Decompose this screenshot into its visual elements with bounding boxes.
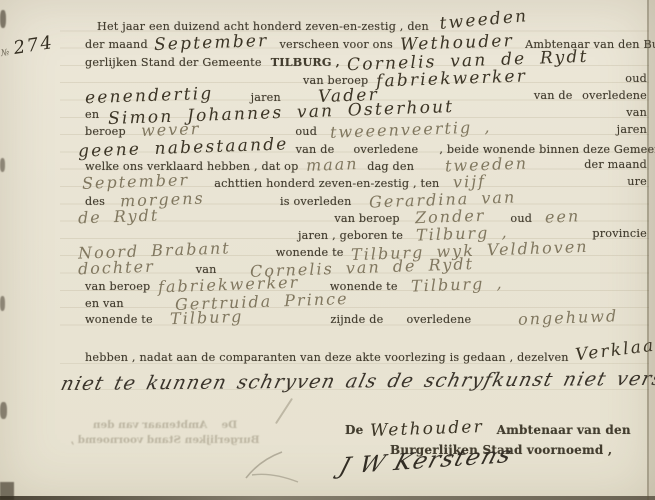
printed-text: gerlijken Stand der Gemeente <box>85 56 262 69</box>
bleedthrough-line-1: De Ambtenaar van den <box>56 418 274 433</box>
printed-text: van beroep <box>334 212 399 225</box>
printed-text: des <box>85 195 105 208</box>
akte-line-20: niet te kunnen schryven als de schryfkun… <box>62 372 647 391</box>
printed-text: oud <box>295 125 317 138</box>
printed-text: van <box>196 263 217 276</box>
entry-marital-status: ongehuwd <box>518 307 619 328</box>
printed-text: verscheen voor ons <box>279 38 392 51</box>
printed-text: wonende te <box>85 313 153 326</box>
page-right-shade <box>649 0 655 500</box>
printed-text: zijnde de <box>330 313 383 326</box>
entry-official-title-closing: Wethouder <box>369 418 484 440</box>
printed-text: ure <box>627 173 647 191</box>
handwritten-declaration: niet te kunnen schryven als de schryfkun… <box>59 369 655 393</box>
death-certificate-page: № 274 Het jaar een duizend acht honderd … <box>0 0 655 500</box>
act-number: № 274 <box>0 32 55 61</box>
printed-text: van de overledene <box>534 87 647 105</box>
akte-line-01: Het jaar een duizend acht honderd zeven-… <box>97 16 647 36</box>
numero-symbol: № <box>0 48 10 59</box>
printed-text: der maand <box>584 156 647 174</box>
page-edge-mark <box>0 10 6 28</box>
page-edge-mark <box>0 296 5 311</box>
printed-text: jaren , geboren te <box>298 229 403 242</box>
act-number-value: 274 <box>12 32 55 59</box>
printed-text: oud <box>625 70 647 88</box>
printed-text: jaren <box>251 91 281 104</box>
page-edge-mark <box>0 158 5 172</box>
akte-line-03: gerlijken Stand der Gemeente TILBURG , C… <box>85 52 647 72</box>
akte-line-23: J W Kerstens <box>342 452 647 472</box>
printed-text: van <box>626 104 647 122</box>
gemeente-name: TILBURG , <box>271 55 340 69</box>
entry-month: September <box>154 32 269 54</box>
akte-line-18: wonende te Tilburg zijnde de overledene … <box>85 309 647 329</box>
page-bottom-edge <box>0 496 655 500</box>
printed-text: hebben , nadat aan de comparanten van de… <box>85 351 569 364</box>
akte-line-19: hebben , nadat aan de comparanten van de… <box>85 347 647 367</box>
pencil-tick-mark <box>275 398 293 424</box>
entry-declared: Verklaard <box>574 334 655 365</box>
printed-text: oud <box>510 212 532 225</box>
entry-date-day: tweeden <box>439 7 529 33</box>
printed-text: overledene <box>353 143 418 156</box>
bleedthrough-text: De Ambtenaar van den Burgerlijken Stand … <box>56 418 274 448</box>
entry-deceased-age: een <box>545 207 581 226</box>
printed-text: provincie <box>592 225 647 243</box>
official-signature: J W Kerstens <box>337 446 514 476</box>
printed-text: overledene <box>407 313 472 326</box>
bleedthrough-line-2: Burgerlijken Stand voornoemd , <box>56 433 274 448</box>
pencil-k-mark <box>240 448 304 486</box>
page-edge-mark <box>0 402 7 419</box>
printed-text: van beroep <box>85 280 150 293</box>
printed-text: der maand <box>85 38 148 51</box>
entry-mother-residence: Tilburg <box>170 308 244 329</box>
entry-death-weekday: maan <box>305 155 358 175</box>
printed-text: jaren <box>617 121 647 139</box>
printed-text: beroep <box>85 125 126 138</box>
printed-text: Ambtenaar van den <box>497 423 631 437</box>
printed-text: is overleden <box>280 195 352 208</box>
printed-text: De <box>345 423 363 437</box>
printed-text: en <box>85 108 99 121</box>
akte-line-21: De Wethouder Ambtenaar van den <box>345 420 647 439</box>
printed-text: wonende te <box>276 246 344 259</box>
printed-text: dag den <box>367 160 414 173</box>
printed-text: achttien honderd zeven-en-zestig , ten <box>214 177 439 190</box>
printed-text: , beide wonende binnen deze Gemeente ; <box>439 143 655 156</box>
